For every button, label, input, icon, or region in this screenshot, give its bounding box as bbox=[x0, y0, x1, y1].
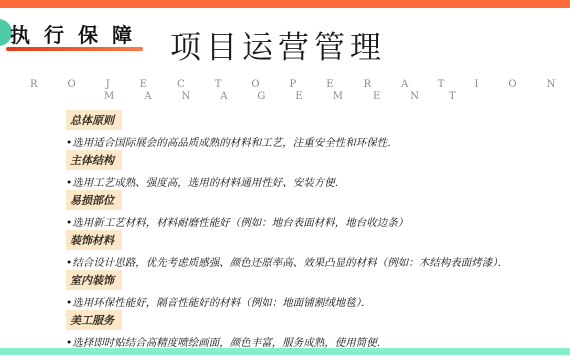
bottom-accent-bar bbox=[0, 348, 570, 355]
section-bullet: •选用环保性能好，隔音性能好的材料（例如：地面铺割绒地毯）． bbox=[66, 295, 570, 310]
content-area: 总体原则 •选用适合国际展会的高品质成熟的材料和工艺，注重安全性和环保性． 主体… bbox=[66, 110, 570, 350]
section-badge-label: 执行保障 bbox=[10, 19, 146, 48]
section-title: 美工服务 bbox=[66, 310, 122, 330]
section-title: 主体结构 bbox=[66, 150, 122, 170]
section-bullet: •选用新工艺材料，材料耐磨性能好（例如：地台表面材料，地台收边条） bbox=[66, 215, 570, 230]
section-title: 装饰材料 bbox=[66, 230, 122, 250]
section-bullet: •选用工艺成熟、强度高，选用的材料通用性好、安装方便． bbox=[66, 175, 570, 190]
section-title: 总体原则 bbox=[66, 110, 122, 130]
section-decoration-materials: 装饰材料 •结合设计思路，优先考虑质感强、颜色还原率高、效果凸显的材料（例如：木… bbox=[66, 230, 570, 270]
watermark-line1: ROJECTOPERATION bbox=[30, 79, 570, 90]
section-art-services: 美工服务 •选择即时贴结合高精度喷绘画面，颜色丰富，服务成熟，使用简便． bbox=[66, 310, 570, 350]
page-title: 项目运营管理 bbox=[170, 22, 386, 67]
section-badge-underline bbox=[6, 47, 143, 51]
section-main-structure: 主体结构 •选用工艺成熟、强度高，选用的材料通用性好、安装方便． bbox=[66, 150, 570, 190]
section-bullet: •选用适合国际展会的高品质成熟的材料和工艺，注重安全性和环保性． bbox=[66, 135, 570, 150]
top-accent-bar bbox=[0, 0, 570, 8]
section-bullet: •结合设计思路，优先考虑质感强、颜色还原率高、效果凸显的材料（例如：木结构表面烤… bbox=[66, 255, 570, 270]
section-title: 室内装饰 bbox=[66, 270, 122, 290]
section-title: 易损部位 bbox=[66, 190, 122, 210]
slide: 执行保障 项目运营管理 ROJECTOPERATION MANAGEMENT 总… bbox=[0, 0, 570, 360]
section-wearable-parts: 易损部位 •选用新工艺材料，材料耐磨性能好（例如：地台表面材料，地台收边条） bbox=[66, 190, 570, 230]
section-general-principles: 总体原则 •选用适合国际展会的高品质成熟的材料和工艺，注重安全性和环保性． bbox=[66, 110, 570, 150]
watermark-line2: MANAGEMENT bbox=[104, 91, 486, 102]
section-interior-decoration: 室内装饰 •选用环保性能好，隔音性能好的材料（例如：地面铺割绒地毯）． bbox=[66, 270, 570, 310]
